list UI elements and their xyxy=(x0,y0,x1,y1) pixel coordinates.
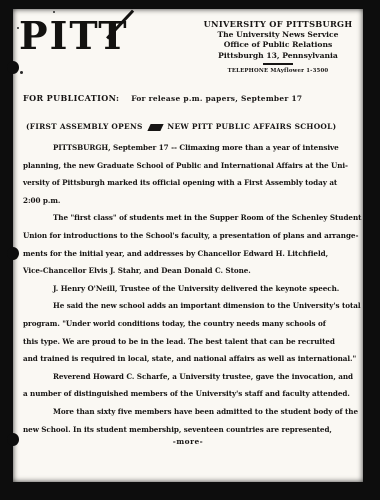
letterhead-telephone: TELEPHONE MAyflower 1-3500 xyxy=(199,66,357,77)
pitt-logo: PITT xyxy=(19,13,129,58)
body-line: Union for introductions to the School's … xyxy=(23,227,359,245)
hole-punch-artifact xyxy=(7,433,19,446)
body-line: Reverend Howard C. Scharfe, a University… xyxy=(23,368,359,386)
letterhead-org: UNIVERSITY OF PITTSBURGH xyxy=(199,19,357,30)
body-line: ments for the initial year, and addresse… xyxy=(23,245,359,263)
headline-post: NEW PITT PUBLIC AFFAIRS SCHOOL) xyxy=(167,122,336,131)
body-line: He said the new school adds an important… xyxy=(23,297,359,315)
letterhead-rule xyxy=(263,63,293,65)
body-line: PITTSBURGH, September 17 -- Climaxing mo… xyxy=(23,139,359,157)
letterhead-city: Pittsburgh 13, Pennsylvania xyxy=(199,51,357,62)
more-marker: -more- xyxy=(13,437,363,446)
body-line: versity of Pittsburgh marked its officia… xyxy=(23,174,359,192)
body-line: Vice-Chancellor Elvis J. Stahr, and Dean… xyxy=(23,262,359,280)
hole-punch-artifact xyxy=(7,61,19,74)
body-line: 2:00 p.m. xyxy=(23,192,359,210)
publication-line: FOR PUBLICATION: For release p.m. papers… xyxy=(23,93,302,103)
body-line: program. "Under world conditions today, … xyxy=(23,315,359,333)
body-line: new School. In its student membership, s… xyxy=(23,421,359,439)
scan-speck xyxy=(53,11,55,13)
body-text: PITTSBURGH, September 17 -- Climaxing mo… xyxy=(23,139,359,438)
letterhead-dept2: Office of Public Relations xyxy=(199,40,357,51)
body-line: a number of distinguished members of the… xyxy=(23,385,359,403)
inked-out-word xyxy=(147,124,163,131)
headline: (FIRST ASSEMBLY OPENS NEW PITT PUBLIC AF… xyxy=(26,122,336,131)
publication-label: FOR PUBLICATION: xyxy=(23,93,119,103)
body-line: and trained is required in local, state,… xyxy=(23,350,359,368)
publication-release-text: For release p.m. papers, September 17 xyxy=(131,94,302,103)
body-line: planning, the new Graduate School of Pub… xyxy=(23,157,359,175)
scan-speck xyxy=(17,27,19,29)
scan-speck xyxy=(20,71,23,74)
press-release-page: PITT UNIVERSITY OF PITTSBURGH The Univer… xyxy=(13,9,363,482)
body-line: J. Henry O'Neill, Trustee of the Univers… xyxy=(23,280,359,298)
body-line: The "first class" of students met in the… xyxy=(23,209,359,227)
headline-pre: (FIRST ASSEMBLY OPENS xyxy=(26,122,143,131)
hole-punch-artifact xyxy=(7,247,19,260)
body-line: More than sixty five members have been a… xyxy=(23,403,359,421)
letterhead-dept1: The University News Service xyxy=(199,30,357,41)
scanned-press-release: PITT UNIVERSITY OF PITTSBURGH The Univer… xyxy=(0,0,380,500)
letterhead-block: UNIVERSITY OF PITTSBURGH The University … xyxy=(199,19,357,76)
body-line: this type. We are proud to be in the lea… xyxy=(23,333,359,351)
